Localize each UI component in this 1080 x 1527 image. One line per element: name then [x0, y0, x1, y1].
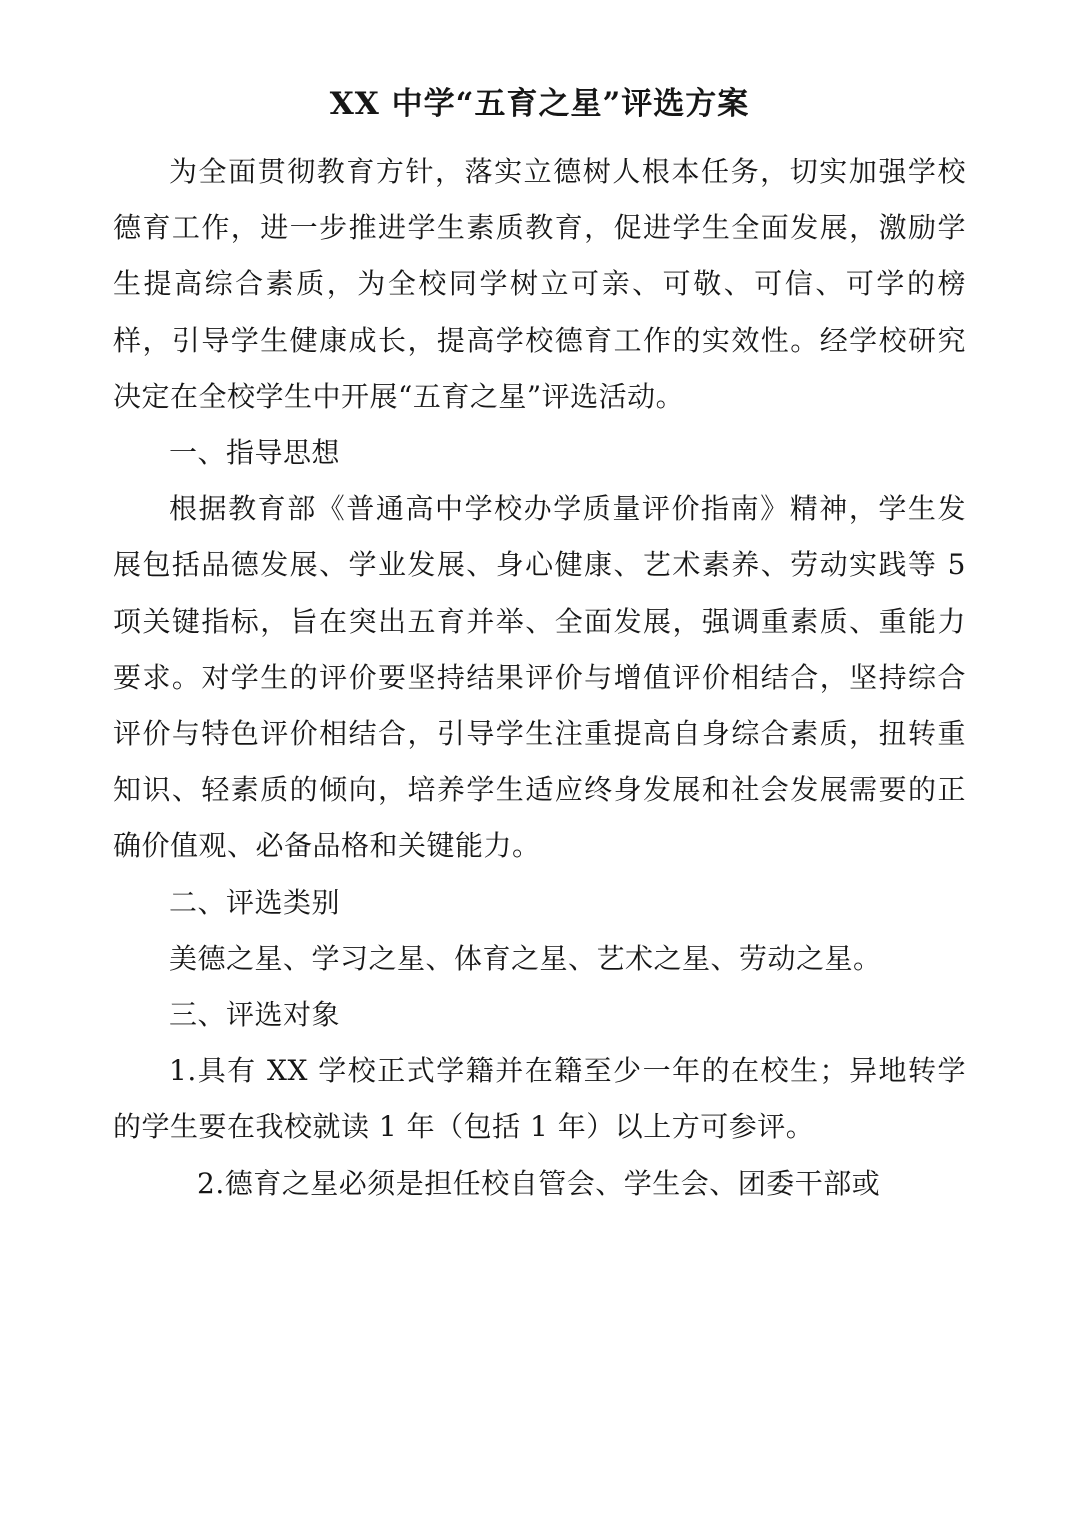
paragraph: 为全面贯彻教育方针，落实立德树人根本任务，切实加强学校德育工作，进一步推进学生素…: [113, 144, 966, 425]
document-body: 为全面贯彻教育方针，落实立德树人根本任务，切实加强学校德育工作，进一步推进学生素…: [113, 144, 966, 1212]
section-heading: 二、评选类别: [113, 875, 966, 931]
section-heading: 一、指导思想: [113, 425, 966, 481]
section-heading: 三、评选对象: [113, 987, 966, 1043]
paragraph: 美德之星、学习之星、体育之星、艺术之星、劳动之星。: [113, 931, 966, 987]
paragraph: 1.具有 XX 学校正式学籍并在籍至少一年的在校生；异地转学的学生要在我校就读 …: [113, 1043, 966, 1155]
paragraph: 根据教育部《普通高中学校办学质量评价指南》精神，学生发展包括品德发展、学业发展、…: [113, 481, 966, 874]
document-title: XX 中学“五育之星”评选方案: [113, 76, 966, 132]
document-page: XX 中学“五育之星”评选方案 为全面贯彻教育方针，落实立德树人根本任务，切实加…: [0, 0, 1080, 1527]
paragraph: 2.德育之星必须是担任校自管会、学生会、团委干部或: [113, 1156, 966, 1212]
